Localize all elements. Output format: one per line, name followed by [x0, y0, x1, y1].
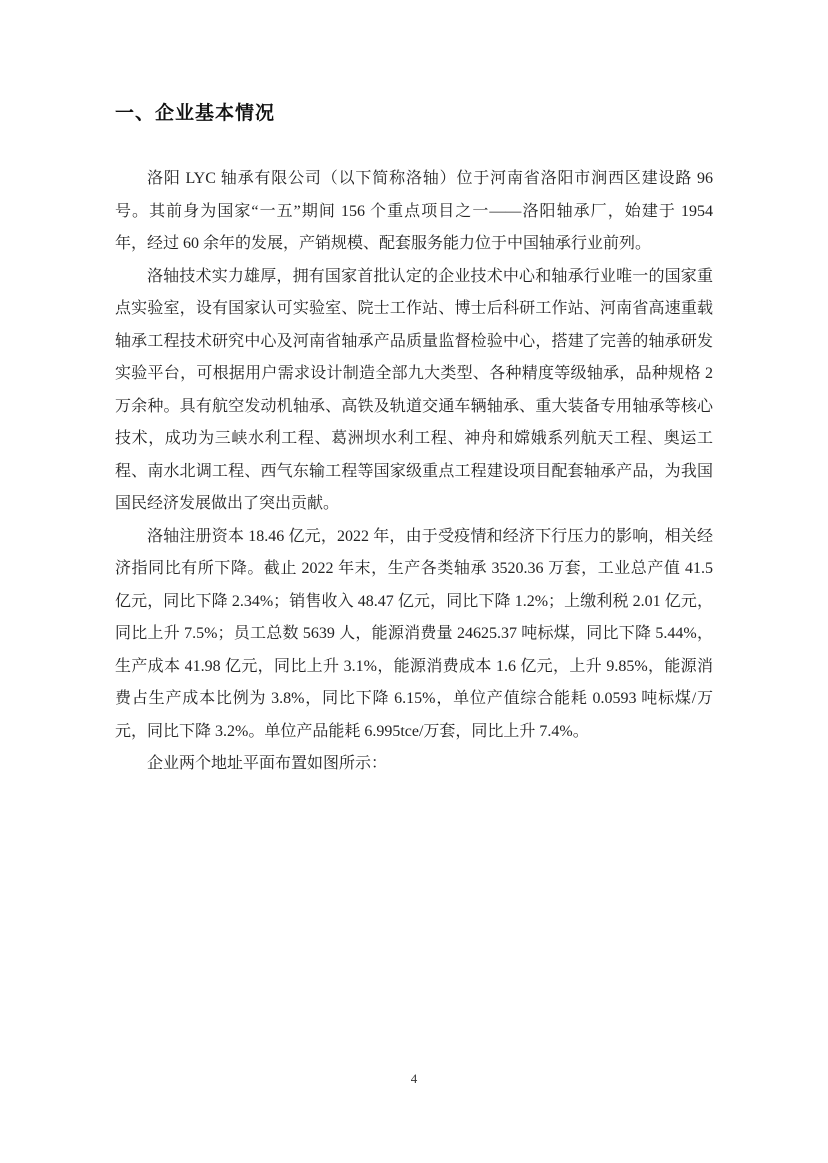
document-page: 一、企业基本情况 洛阳 LYC 轴承有限公司（以下简称洛轴）位于河南省洛阳市涧西… [0, 0, 828, 1163]
paragraph-layout-note: 企业两个地址平面布置如图所示： [115, 748, 713, 781]
document-content: 一、企业基本情况 洛阳 LYC 轴承有限公司（以下简称洛轴）位于河南省洛阳市涧西… [115, 101, 713, 781]
paragraph-economic-indicators: 洛轴注册资本 18.46 亿元，2022 年，由于受疫情和经济下行压力的影响，相… [115, 521, 713, 749]
paragraph-technical-strength: 洛轴技术实力雄厚，拥有国家首批认定的企业技术中心和轴承行业唯一的国家重点实验室，… [115, 261, 713, 521]
section-heading: 一、企业基本情况 [115, 101, 713, 127]
page-number: 4 [0, 1071, 828, 1087]
paragraph-company-intro: 洛阳 LYC 轴承有限公司（以下简称洛轴）位于河南省洛阳市涧西区建设路 96 号… [115, 163, 713, 261]
